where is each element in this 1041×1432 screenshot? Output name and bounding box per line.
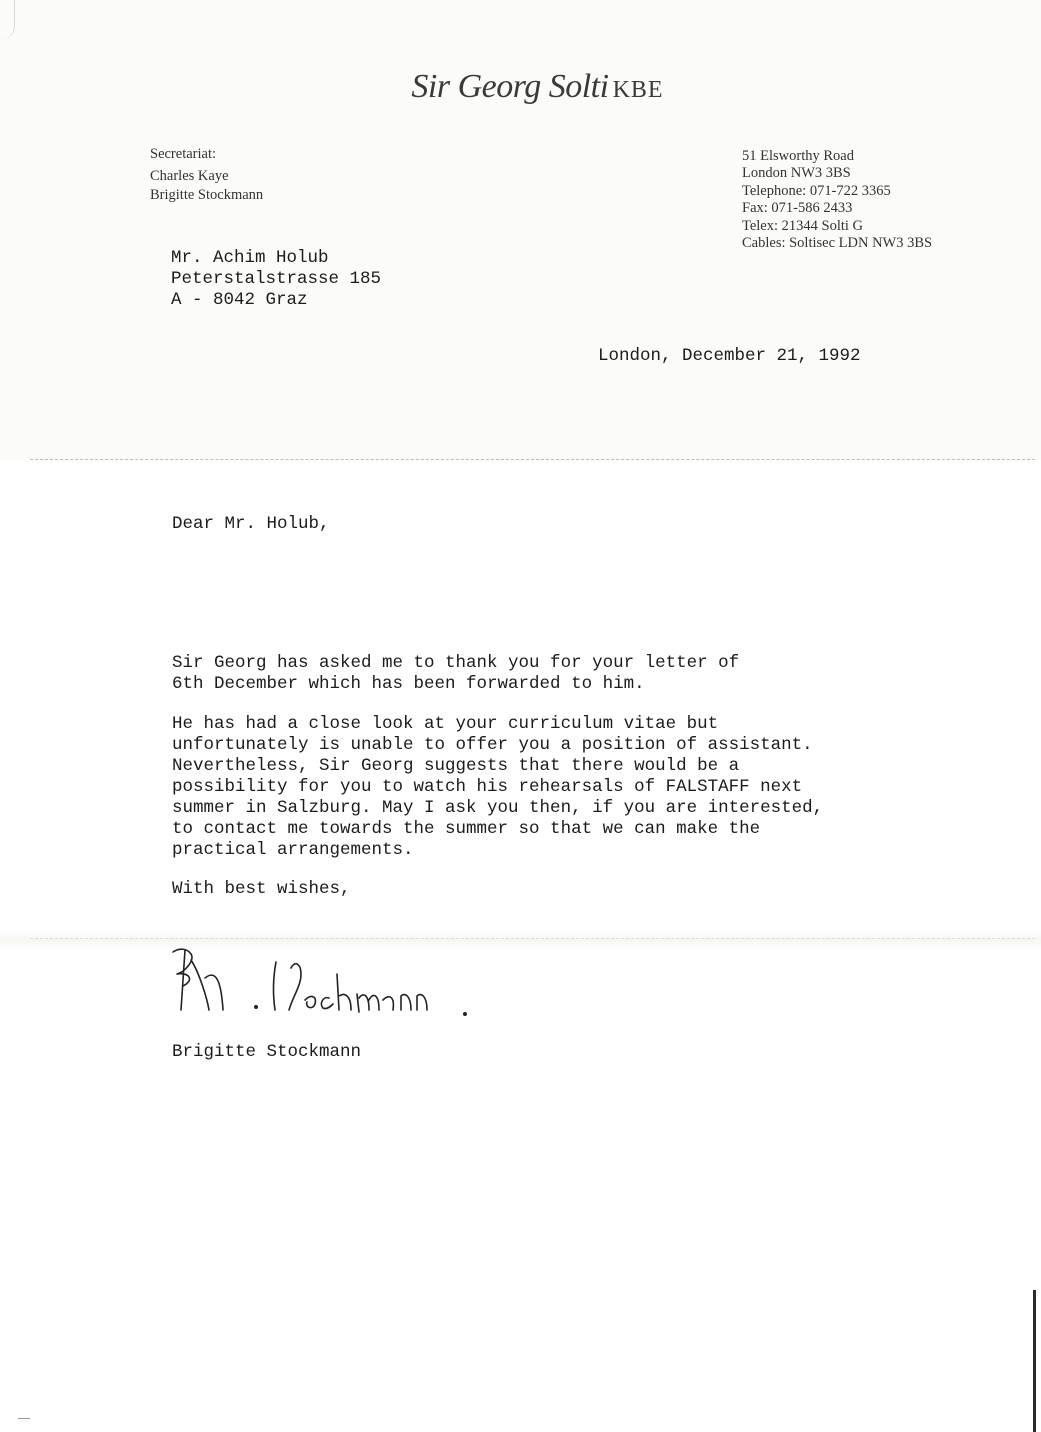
letter-date: London, December 21, 1992 (598, 346, 861, 366)
closing: With best wishes, (172, 879, 351, 899)
secretariat-member: Brigitte Stockmann (150, 186, 263, 205)
paper-fold-band (0, 930, 1041, 950)
body-paragraph: He has had a close look at your curricul… (172, 714, 962, 861)
fold-line (30, 459, 1035, 460)
letterhead-honour: KBE (613, 77, 664, 103)
secretariat-member: Charles Kaye (150, 167, 263, 186)
contact-telex: Telex: 21344 Solti G (742, 218, 932, 235)
scan-mark (18, 1418, 30, 1419)
secretariat-block: Secretariat: Charles Kaye Brigitte Stock… (150, 145, 263, 205)
recipient-city: A - 8042 Graz (171, 290, 381, 311)
letter-page: Sir Georg SoltiKBE Secretariat: Charles … (0, 0, 1041, 1432)
contact-cables: Cables: Soltisec LDN NW3 3BS (742, 235, 932, 252)
scan-edge (1033, 1290, 1036, 1432)
contact-telephone: Telephone: 071-722 3365 (742, 183, 932, 200)
recipient-name: Mr. Achim Holub (171, 248, 381, 269)
recipient-street: Peterstalstrasse 185 (171, 269, 381, 290)
body-paragraph: Sir Georg has asked me to thank you for … (172, 653, 962, 695)
signature-image (165, 938, 485, 1028)
letterhead-name: Sir Georg Solti (411, 68, 608, 105)
secretariat-label: Secretariat: (150, 145, 263, 164)
contact-fax: Fax: 071-586 2433 (742, 200, 932, 217)
contact-address: 51 Elsworthy Road (742, 148, 932, 165)
contact-city: London NW3 3BS (742, 165, 932, 182)
contact-block: 51 Elsworthy Road London NW3 3BS Telepho… (742, 148, 932, 252)
letterhead-title: Sir Georg SoltiKBE (0, 68, 1041, 106)
letter-body: Sir Georg has asked me to thank you for … (172, 653, 962, 880)
salutation: Dear Mr. Holub, (172, 514, 330, 534)
signer-name: Brigitte Stockmann (172, 1042, 361, 1062)
recipient-address: Mr. Achim Holub Peterstalstrasse 185 A -… (171, 248, 381, 311)
